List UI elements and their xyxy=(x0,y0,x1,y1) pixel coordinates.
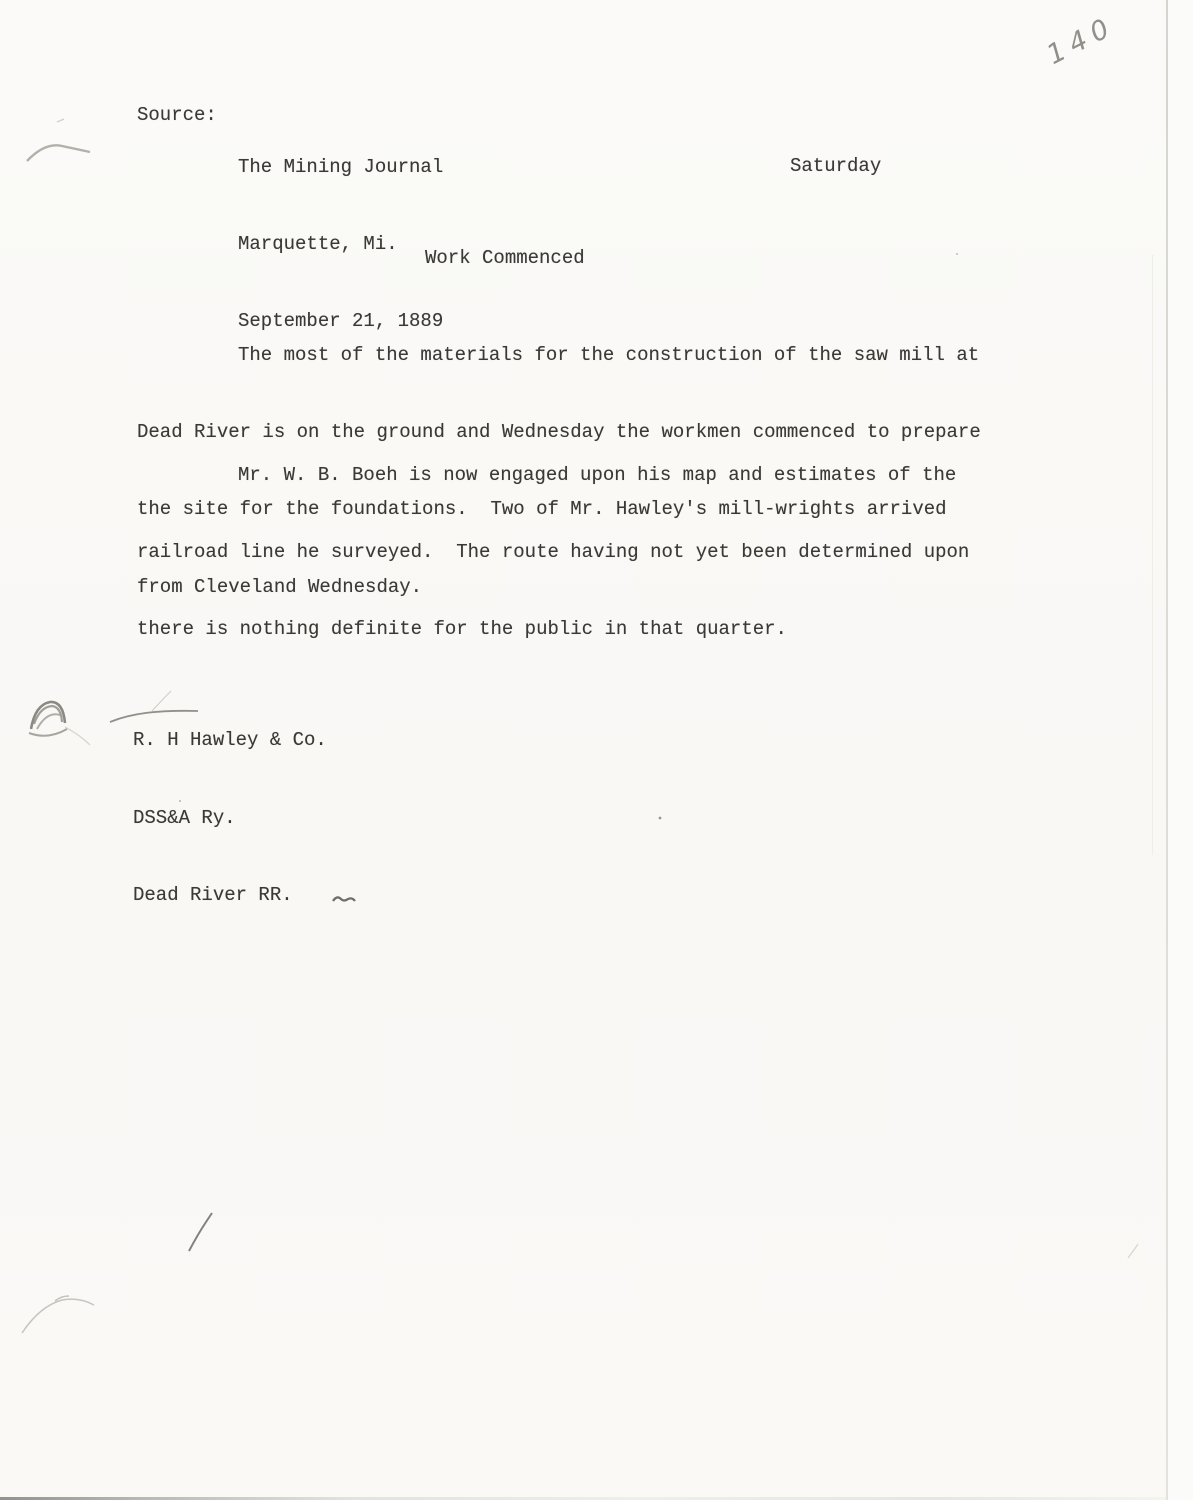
source-publication: The Mining Journal xyxy=(238,155,443,181)
scanned-document-page: 140 Source: The Mining Journal Marquette… xyxy=(0,0,1193,1500)
source-location: Marquette, Mi. xyxy=(238,232,443,258)
pencil-arc-mark-top-left xyxy=(27,119,90,161)
ink-squiggle-mark xyxy=(333,897,355,901)
source-weekday: Saturday xyxy=(790,155,881,177)
pencil-slash-mark xyxy=(189,1213,212,1251)
article-title: Work Commenced xyxy=(425,247,585,269)
paper-crease-line xyxy=(1152,255,1153,855)
source-label: Source: xyxy=(137,104,217,126)
paragraph-line: Mr. W. B. Boeh is now engaged upon his m… xyxy=(137,463,969,489)
pencil-scribble-mark-left xyxy=(29,702,90,745)
paragraph-line: there is nothing definite for the public… xyxy=(137,617,969,643)
index-term: DSS&A Ry. xyxy=(133,806,327,832)
index-term: Dead River RR. xyxy=(133,883,327,909)
handwritten-page-number: 140 xyxy=(1042,10,1121,71)
paragraph-line: railroad line he surveyed. The route hav… xyxy=(137,540,969,566)
index-term: R. H Hawley & Co. xyxy=(133,728,327,754)
pencil-arc-mark-bottom-left xyxy=(22,1296,94,1333)
crease-tick-bottom-right xyxy=(1128,1244,1138,1258)
article-paragraph-2: Mr. W. B. Boeh is now engaged upon his m… xyxy=(137,411,969,695)
page-edge-line xyxy=(1166,0,1168,1500)
paragraph-line: The most of the materials for the constr… xyxy=(137,343,981,369)
index-terms-list: R. H Hawley & Co. DSS&A Ry. Dead River R… xyxy=(133,677,327,960)
page-edge-strip xyxy=(1168,0,1193,1500)
